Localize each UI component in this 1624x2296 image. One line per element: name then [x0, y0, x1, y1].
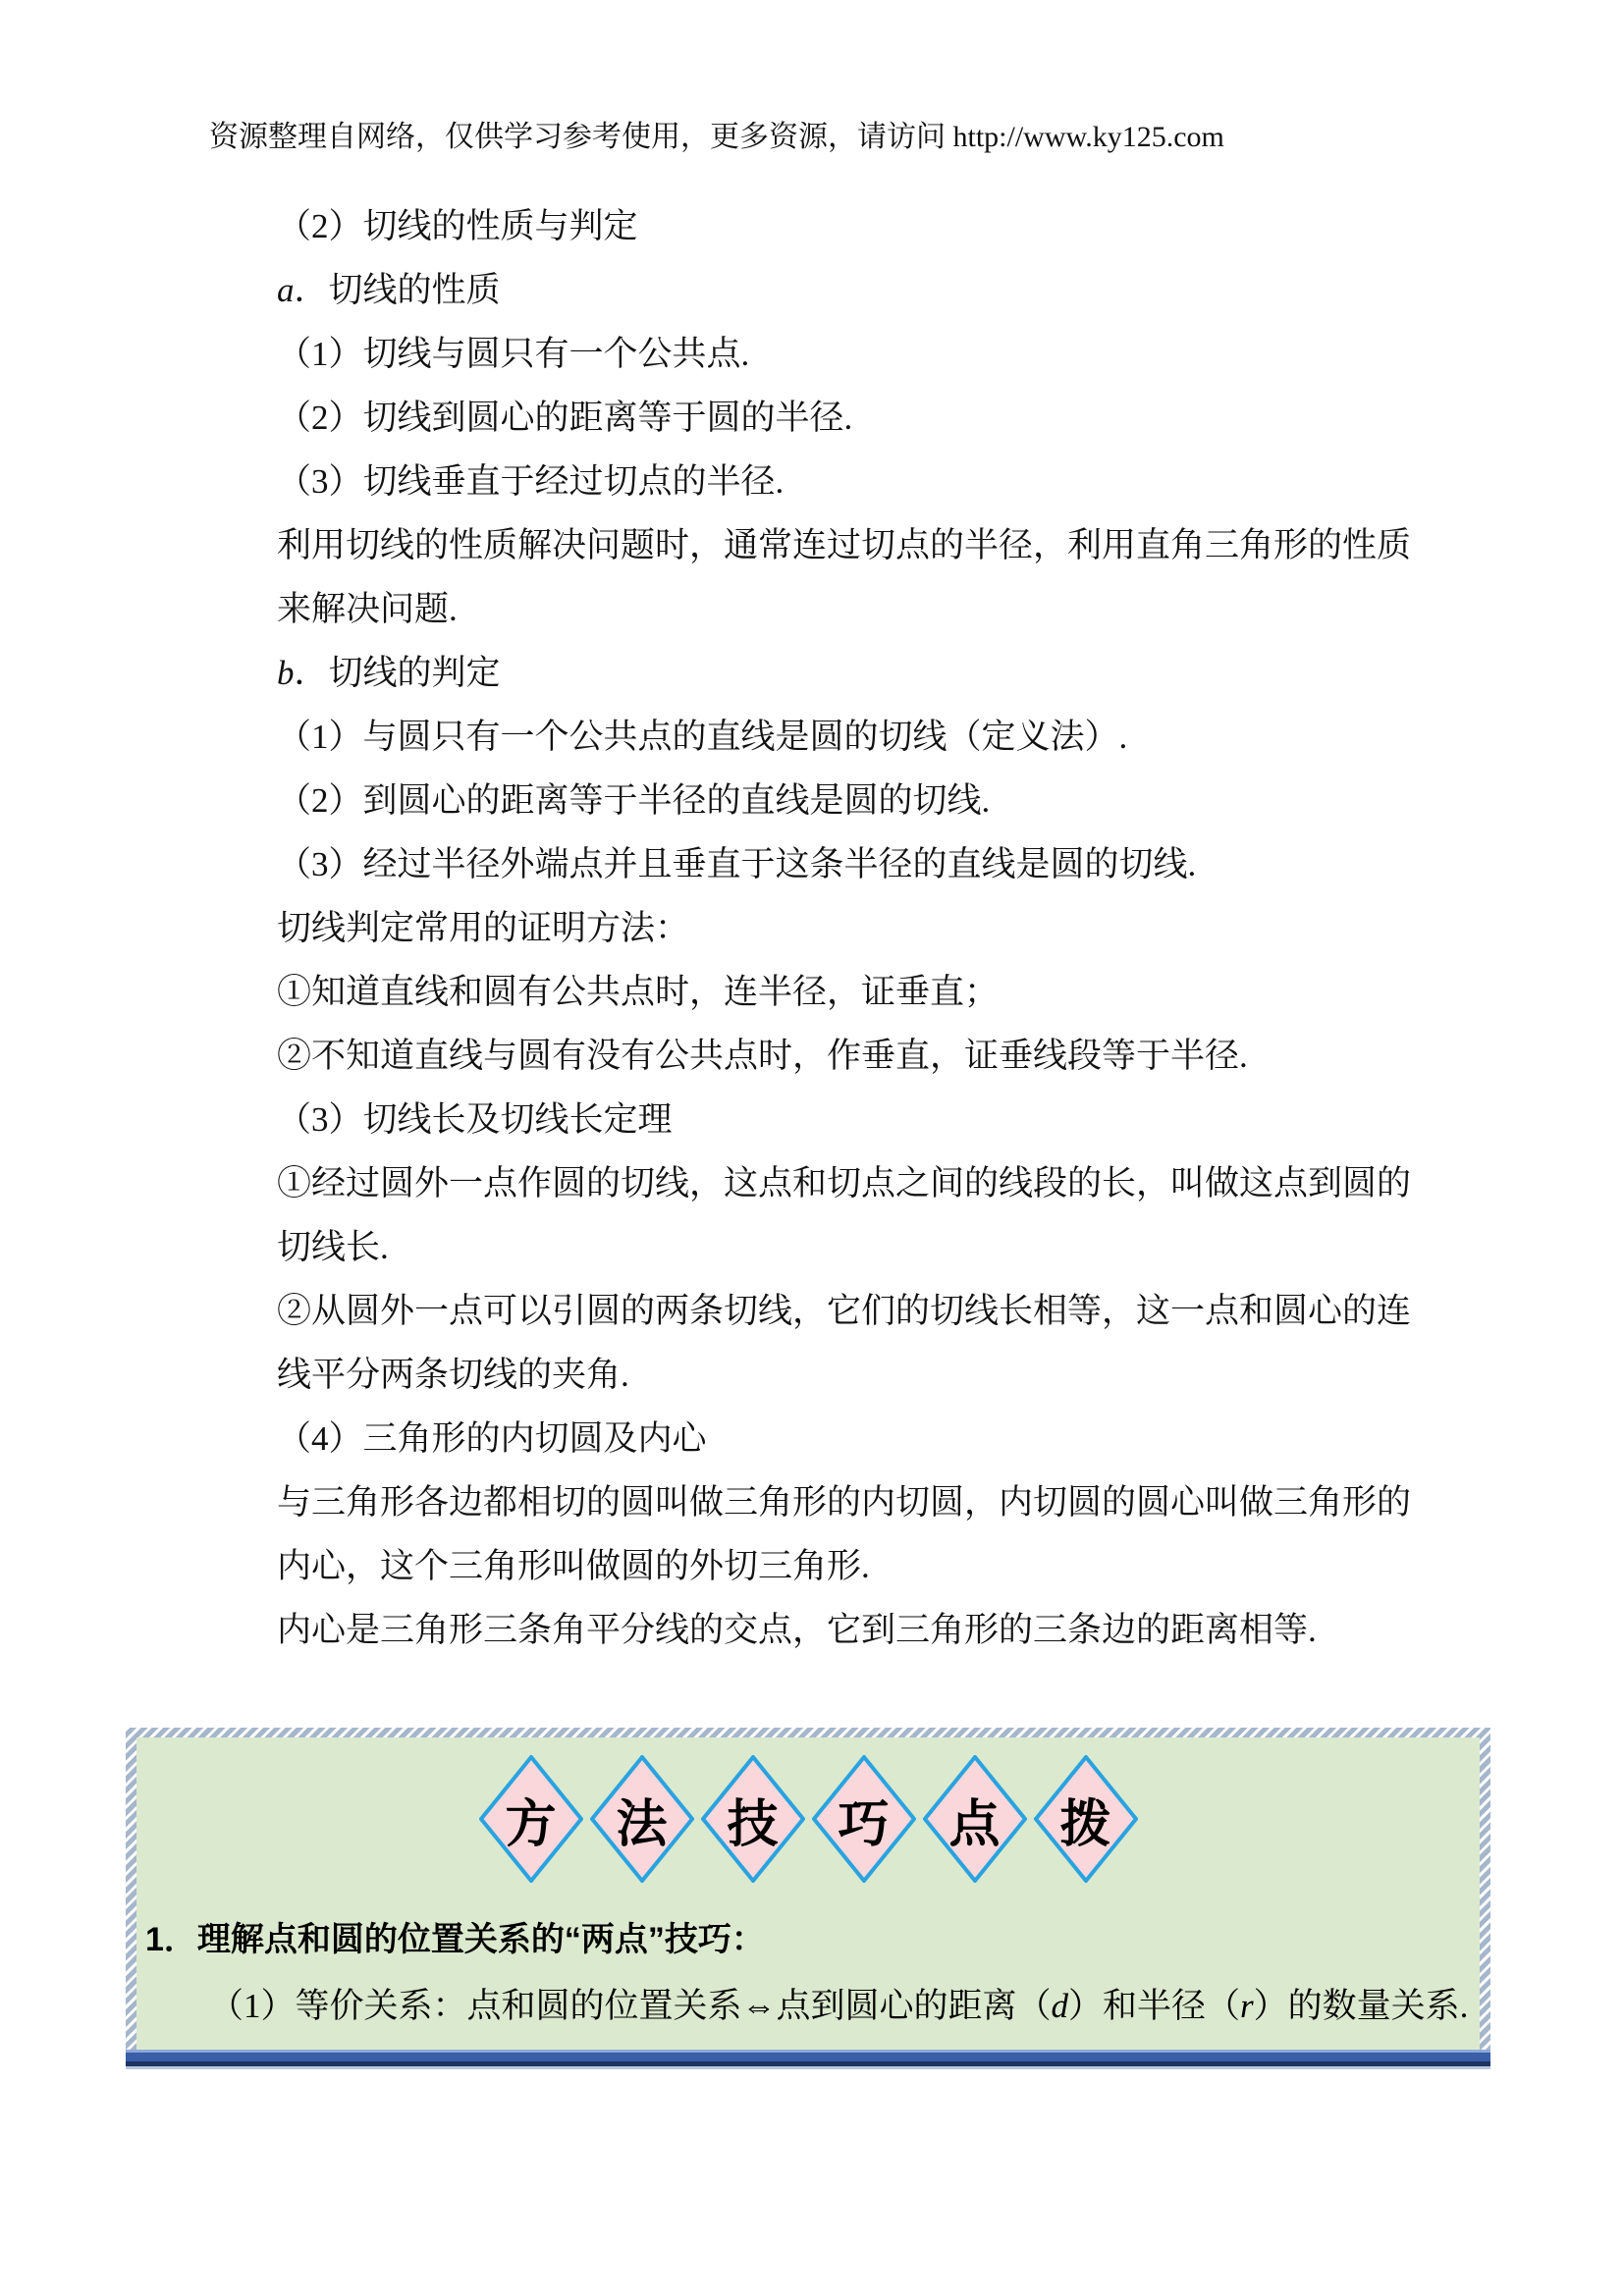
text-segment: （3）切线长及切线长定理	[277, 1100, 673, 1139]
text-line: 来解决问题.	[277, 577, 1435, 641]
text-line: （2）切线到圆心的距离等于圆的半径.	[277, 386, 1435, 450]
method-box-inner: 方法技巧点拨 1．理解点和圆的位置关系的“两点”技巧： （1）等价关系：点和圆的…	[136, 1737, 1480, 2050]
diamond-badge: 方	[479, 1755, 583, 1883]
text-line: 内心是三角形三条角平分线的交点，它到三角形的三条边的距离相等.	[277, 1598, 1435, 1662]
text-line: （2）到圆心的距离等于半径的直线是圆的切线.	[277, 769, 1435, 832]
text-segment: 切线判定常用的证明方法：	[277, 909, 689, 947]
text-line: b．切线的判定	[277, 641, 1435, 705]
text-line: ①知道直线和圆有公共点时，连半径，证垂直；	[277, 960, 1435, 1024]
text-line: 利用切线的性质解决问题时，通常连过切点的半径，利用直角三角形的性质	[277, 513, 1435, 577]
text-segment: b	[277, 654, 295, 692]
diamond-char: 法	[590, 1755, 694, 1883]
text-line: （3）切线长及切线长定理	[277, 1088, 1435, 1151]
diamond-badge: 点	[923, 1755, 1027, 1883]
text-segment: （2）切线到圆心的距离等于圆的半径.	[277, 399, 852, 437]
text-segment: ．切线的判定	[295, 654, 501, 692]
text-line: 线平分两条切线的夹角.	[277, 1343, 1435, 1407]
text-segment: ①经过圆外一点作圆的切线，这点和切点之间的线段的长，叫做这点到圆的	[277, 1164, 1411, 1202]
text-segment: 利用切线的性质解决问题时，通常连过切点的半径，利用直角三角形的性质	[277, 526, 1411, 564]
text-segment: 切线长.	[277, 1228, 389, 1266]
text-line: 与三角形各边都相切的圆叫做三角形的内切圆，内切圆的圆心叫做三角形的	[277, 1470, 1435, 1534]
diamond-badge: 技	[701, 1755, 805, 1883]
text-line: （1）切线与圆只有一个公共点.	[277, 322, 1435, 386]
text-line: ②从圆外一点可以引圆的两条切线，它们的切线长相等，这一点和圆心的连	[277, 1279, 1435, 1343]
text-line: （1）与圆只有一个公共点的直线是圆的切线（定义法）.	[277, 705, 1435, 769]
text-line: （3）切线垂直于经过切点的半径.	[277, 450, 1435, 513]
diamond-char: 点	[923, 1755, 1027, 1883]
text-segment: 线平分两条切线的夹角.	[277, 1356, 629, 1394]
diamond-badge: 拨	[1034, 1755, 1138, 1883]
text-segment: 内心是三角形三条角平分线的交点，它到三角形的三条边的距离相等.	[277, 1611, 1317, 1649]
text-segment: （3）经过半径外端点并且垂直于这条半径的直线是圆的切线.	[277, 845, 1196, 883]
text-segment: a	[277, 271, 295, 309]
text-line: 内心，这个三角形叫做圆的外切三角形.	[277, 1534, 1435, 1598]
text-segment: （1）等价关系：点和圆的位置关系⇔点到圆心的距离（	[209, 1987, 1052, 2025]
text-line: （4）三角形的内切圆及内心	[277, 1407, 1435, 1470]
text-segment: （4）三角形的内切圆及内心	[277, 1419, 707, 1458]
text-segment: ②不知道直线与圆有没有公共点时，作垂直，证垂线段等于半径.	[277, 1037, 1248, 1075]
text-segment: （3）切线垂直于经过切点的半径.	[277, 462, 784, 501]
document-page: { "header": { "notice": "资源整理自网络，仅供学习参考使…	[0, 0, 1624, 2296]
body-text: （2）切线的性质与判定a．切线的性质（1）切线与圆只有一个公共点.（2）切线到圆…	[277, 194, 1435, 1662]
method-item-1: 1．理解点和圆的位置关系的“两点”技巧：	[145, 1912, 765, 1960]
text-segment: 与三角形各边都相切的圆叫做三角形的内切圆，内切圆的圆心叫做三角形的	[277, 1483, 1411, 1522]
text-segment: d	[1052, 1987, 1069, 2025]
text-segment: ）和半径（	[1068, 1987, 1240, 2025]
text-segment: ）的数量关系.	[1254, 1987, 1469, 2025]
diamond-badge: 巧	[812, 1755, 916, 1883]
text-line: ①经过圆外一点作圆的切线，这点和切点之间的线段的长，叫做这点到圆的	[277, 1151, 1435, 1215]
method-item-number: 1．	[145, 1921, 197, 1958]
text-segment: （1）与圆只有一个公共点的直线是圆的切线（定义法）.	[277, 718, 1127, 756]
text-segment: r	[1240, 1987, 1254, 2025]
text-segment: （2）切线的性质与判定	[277, 207, 638, 245]
method-item-title: 理解点和圆的位置关系的“两点”技巧：	[197, 1921, 765, 1958]
text-line: 切线长.	[277, 1215, 1435, 1279]
source-notice: 资源整理自网络，仅供学习参考使用，更多资源，请访问 http://www.ky1…	[209, 116, 1224, 159]
method-box-bottom-bar	[126, 2050, 1490, 2069]
text-line: ②不知道直线与圆有没有公共点时，作垂直，证垂线段等于半径.	[277, 1024, 1435, 1088]
text-line: （2）切线的性质与判定	[277, 194, 1435, 258]
text-segment: 内心，这个三角形叫做圆的外切三角形.	[277, 1547, 870, 1585]
text-line: 切线判定常用的证明方法：	[277, 896, 1435, 960]
text-segment: ①知道直线和圆有公共点时，连半径，证垂直；	[277, 973, 999, 1011]
diamond-badge: 法	[590, 1755, 694, 1883]
diamond-char: 方	[479, 1755, 583, 1883]
diamond-char: 技	[701, 1755, 805, 1883]
text-segment: ②从圆外一点可以引圆的两条切线，它们的切线长相等，这一点和圆心的连	[277, 1292, 1411, 1330]
text-segment: ．切线的性质	[295, 271, 501, 309]
diamond-char: 巧	[812, 1755, 916, 1883]
diamond-row: 方法技巧点拨	[136, 1755, 1480, 1883]
text-segment: （2）到圆心的距离等于半径的直线是圆的切线.	[277, 781, 990, 820]
text-line: a．切线的性质	[277, 258, 1435, 322]
text-line: （3）经过半径外端点并且垂直于这条半径的直线是圆的切线.	[277, 832, 1435, 896]
text-segment: 来解决问题.	[277, 590, 458, 628]
text-segment: （1）切线与圆只有一个公共点.	[277, 335, 749, 373]
method-item-sub: （1）等价关系：点和圆的位置关系⇔点到圆心的距离（d）和半径（r）的数量关系.	[209, 1979, 1468, 2028]
method-tips-box: 方法技巧点拨 1．理解点和圆的位置关系的“两点”技巧： （1）等价关系：点和圆的…	[126, 1728, 1490, 2069]
diamond-char: 拨	[1034, 1755, 1138, 1883]
